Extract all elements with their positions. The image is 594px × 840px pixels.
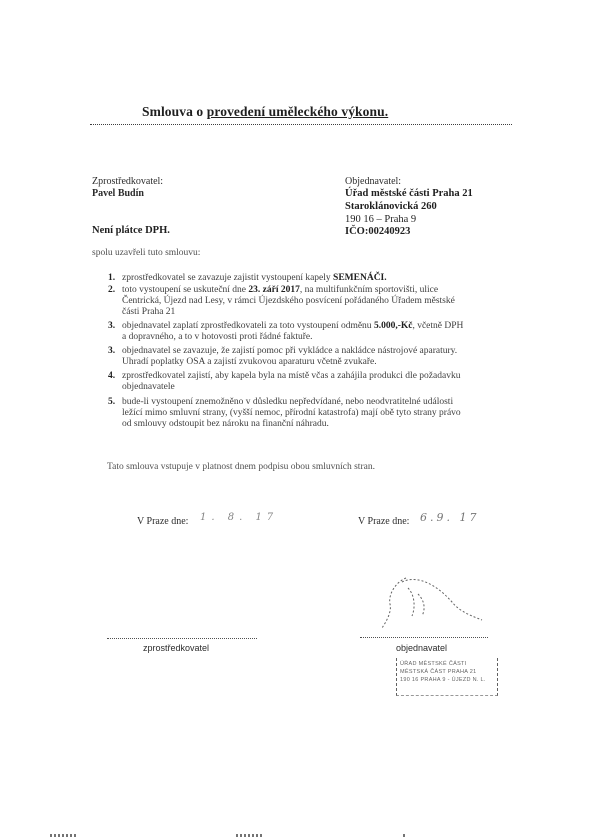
term-bold: 5.000,-Kč <box>374 321 413 331</box>
validity-clause: Tato smlouva vstupuje v platnost dnem po… <box>107 462 375 472</box>
scan-artifact <box>236 834 262 837</box>
term-2: 2. toto vystoupení se uskuteční dne 23. … <box>108 285 468 319</box>
term-bold: 23. září 2017 <box>248 285 299 295</box>
title-text-a: Smlouva o <box>142 104 207 119</box>
intro-text: spolu uzavřeli tuto smlouvu: <box>92 248 200 258</box>
client-signature <box>378 572 498 642</box>
term-4: 4. zprostředkovatel zajistí, aby kapela … <box>108 371 468 393</box>
stamp-line: MĚSTSKÁ ČÁST PRAHA 21 <box>400 668 494 676</box>
term-text: bude-li vystoupení znemožněno v důsledku… <box>122 397 468 431</box>
client-city: 190 16 – Praha 9 <box>345 214 416 225</box>
term-5: 5. bude-li vystoupení znemožněno v důsle… <box>108 397 468 431</box>
place-date-left: V Praze dne: <box>137 516 188 527</box>
signature-left-label: zprostředkovatel <box>143 643 209 653</box>
term-3b: 3. objednavatel se zavazuje, že zajistí … <box>108 346 468 368</box>
official-stamp: ÚŘAD MĚSTSKÉ ČÁSTI MĚSTSKÁ ČÁST PRAHA 21… <box>396 658 498 696</box>
stamp-line: ÚŘAD MĚSTSKÉ ČÁSTI <box>400 660 494 668</box>
title-text-b: provedení uměleckého výkonu. <box>207 104 388 119</box>
title-rule <box>90 124 512 125</box>
term-number: 2. <box>108 285 115 296</box>
handwritten-date-right: 6.9. 17 <box>420 511 479 524</box>
provider-label: Zprostředkovatel: <box>92 176 163 187</box>
term-bold: SEMENÁČI. <box>333 273 387 283</box>
scan-artifact <box>403 834 407 837</box>
term-text: objednavatel se zavazuje, že zajistí pom… <box>122 346 468 368</box>
handwritten-date-left: 1. 8. 17 <box>200 512 278 523</box>
term-text: toto vystoupení se uskuteční dne <box>122 285 248 295</box>
vat-note: Není plátce DPH. <box>92 225 170 236</box>
term-3: 3. objednavatel zaplatí zprostředkovatel… <box>108 321 468 343</box>
signature-line-right <box>360 637 488 638</box>
provider-name: Pavel Budín <box>92 188 144 199</box>
term-text: objednavatel zaplatí zprostředkovateli z… <box>122 321 374 331</box>
stamp-line: 190 16 PRAHA 9 - ÚJEZD N. L. <box>400 676 494 684</box>
place-date-right: V Praze dne: <box>358 516 409 527</box>
client-street: Staroklánovická 260 <box>345 201 437 212</box>
term-number: 4. <box>108 371 115 382</box>
scan-artifact <box>50 834 78 837</box>
signature-right-label: objednavatel <box>396 643 447 653</box>
term-number: 3. <box>108 321 115 332</box>
signature-line-left <box>107 638 257 639</box>
client-name: Úřad městské části Praha 21 <box>345 188 473 199</box>
term-number: 3. <box>108 346 115 357</box>
client-ico: IČO:00240923 <box>345 226 410 237</box>
client-label: Objednavatel: <box>345 176 401 187</box>
term-text: zprostředkovatel se zavazuje zajistit vy… <box>122 273 333 283</box>
term-number: 1. <box>108 273 115 284</box>
term-text: zprostředkovatel zajistí, aby kapela byl… <box>122 371 468 393</box>
term-number: 5. <box>108 397 115 408</box>
document-title: Smlouva o provedení uměleckého výkonu. <box>142 104 388 120</box>
term-1: 1. zprostředkovatel se zavazuje zajistit… <box>108 273 468 284</box>
